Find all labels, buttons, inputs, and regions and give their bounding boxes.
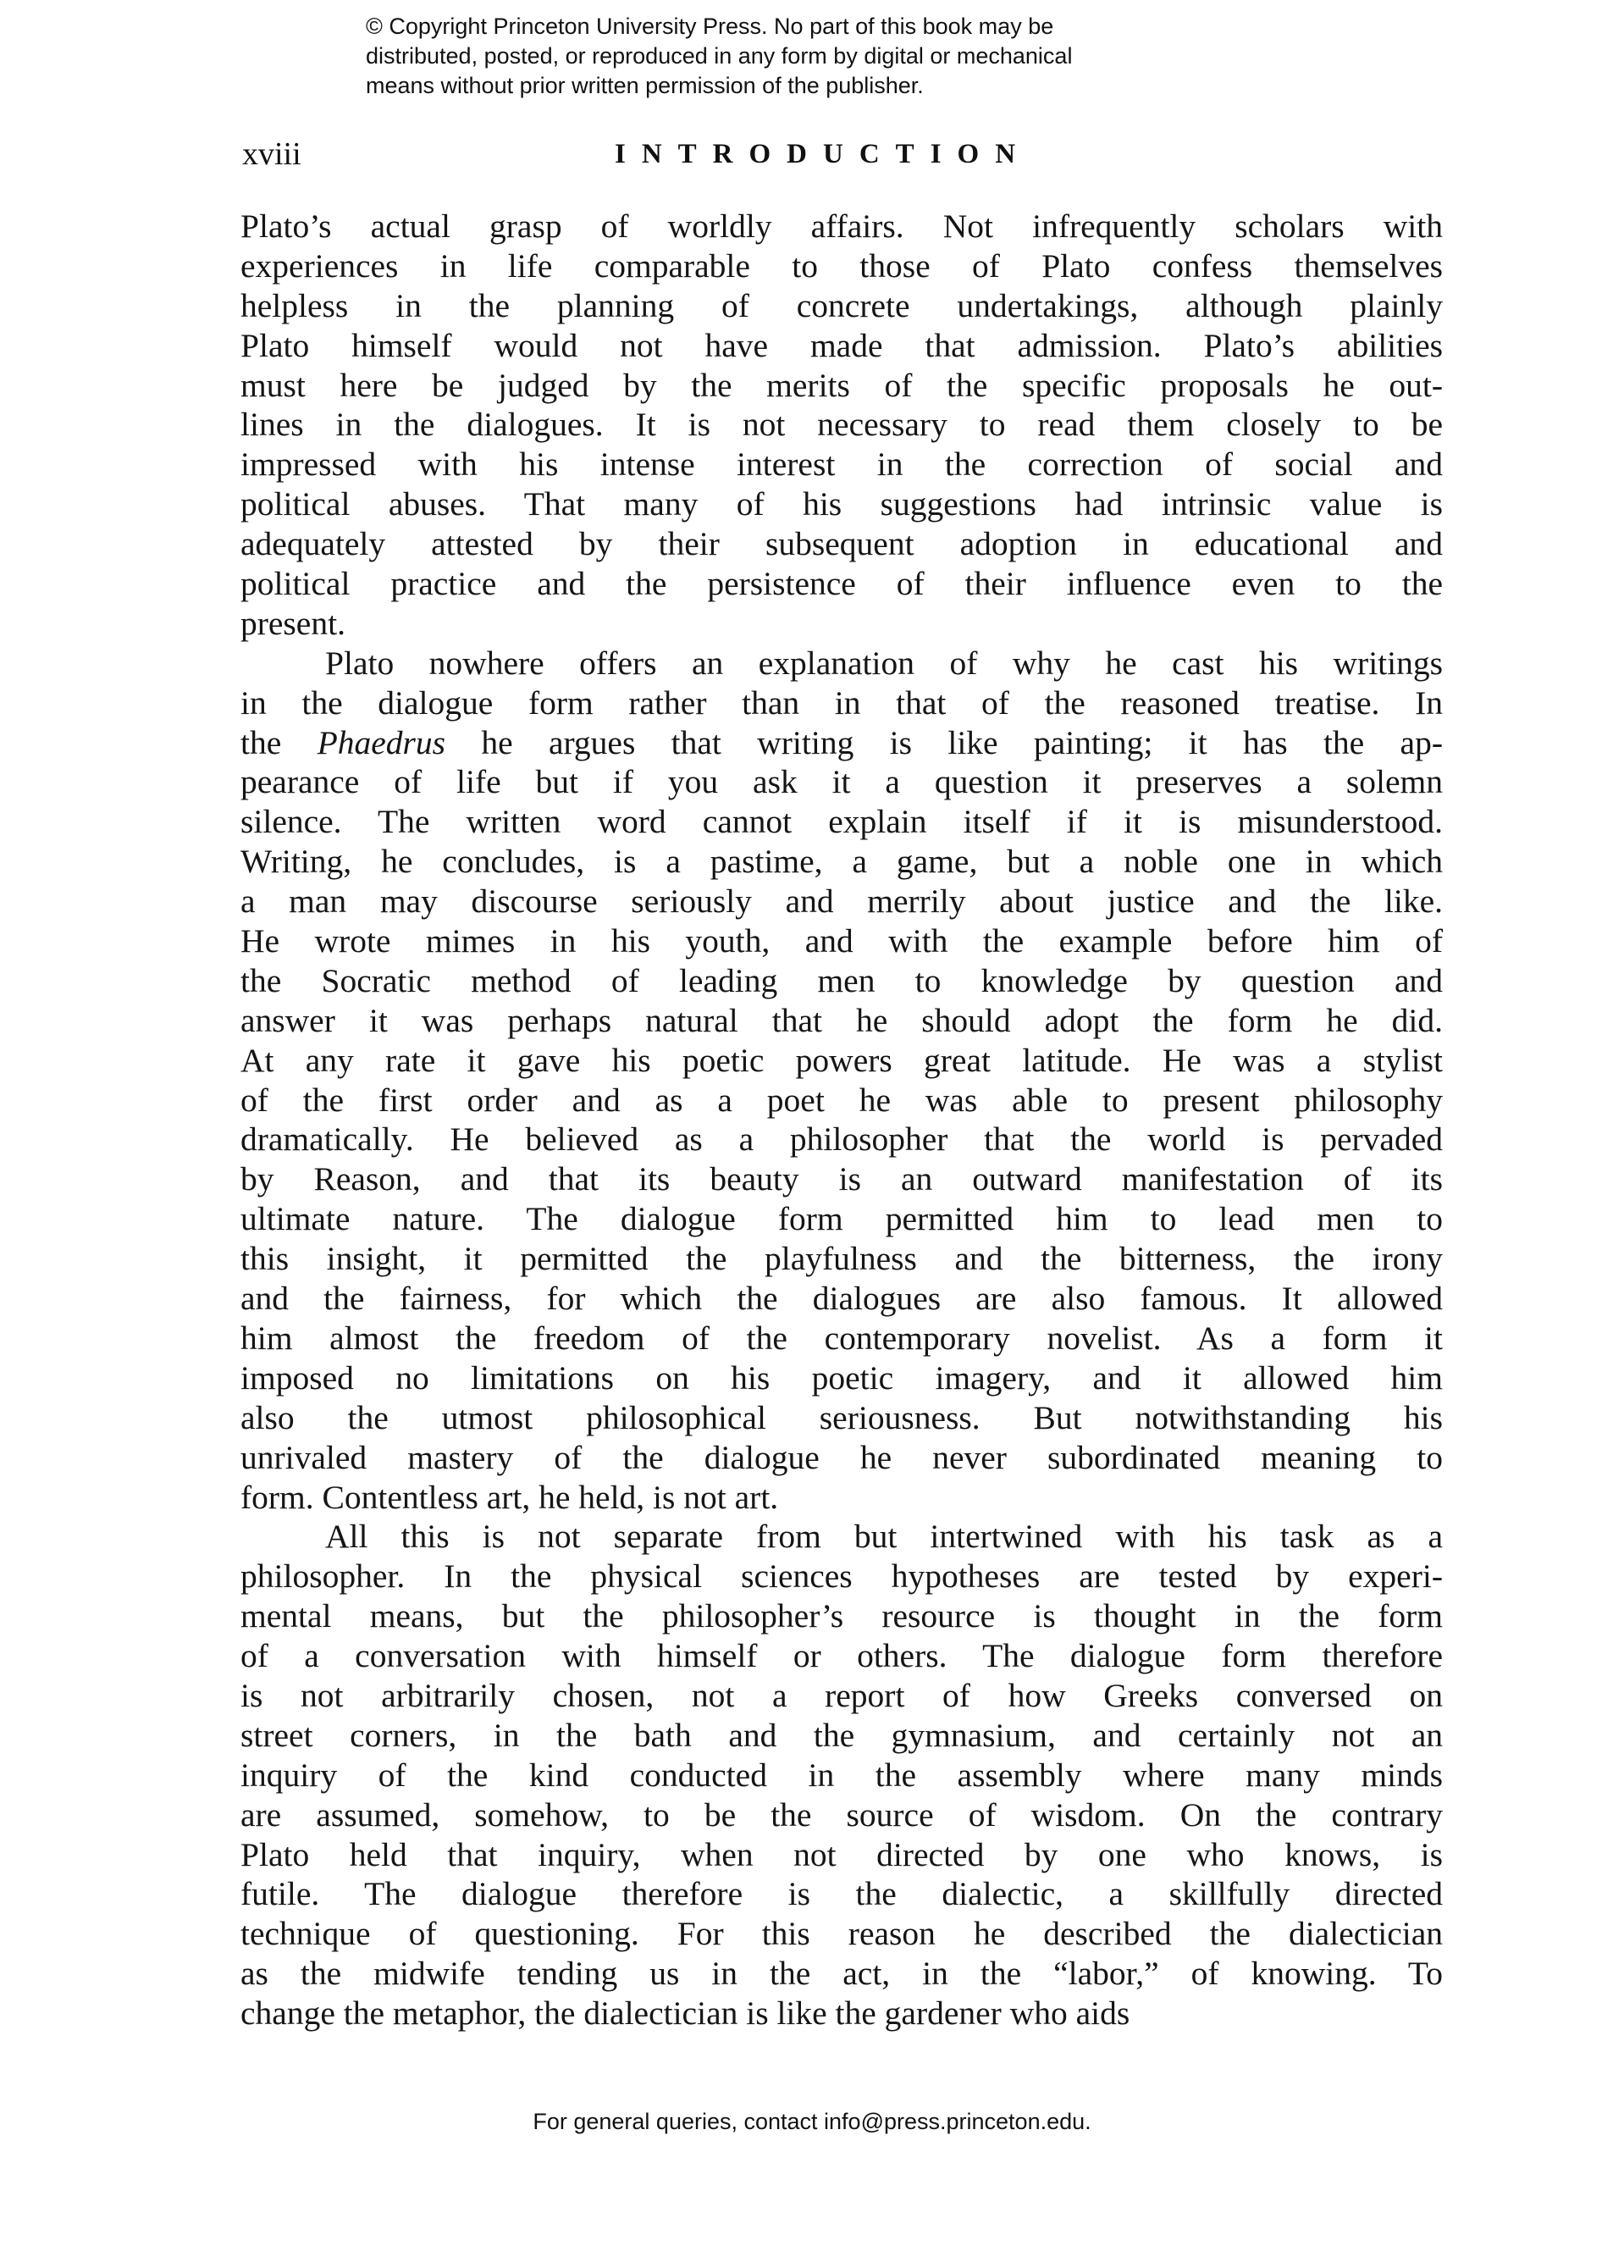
text-line: silence. The written word cannot explain…: [240, 802, 1443, 842]
page-number: xviii: [242, 136, 301, 173]
copyright-line: distributed, posted, or reproduced in an…: [366, 41, 1196, 71]
text-line: political abuses. That many of his sugge…: [240, 484, 1443, 524]
text-line: in the dialogue form rather than in that…: [240, 683, 1443, 723]
text-line: impressed with his intense interest in t…: [240, 445, 1443, 484]
paragraph: All this is not separate from but intert…: [240, 1517, 1443, 2033]
text-line: imposed no limitations on his poetic ima…: [240, 1358, 1443, 1398]
italic-title: Phaedrus: [318, 724, 445, 761]
text-line: experiences in life comparable to those …: [240, 246, 1443, 286]
text-line: mental means, but the philosopher’s reso…: [240, 1596, 1443, 1636]
body-text: Plato’s actual grasp of worldly affairs.…: [240, 207, 1443, 2033]
text-line: Writing, he concludes, is a pastime, a g…: [240, 842, 1443, 882]
text-line: as the midwife tending us in the act, in…: [240, 1954, 1443, 1994]
text-line: unrivaled mastery of the dialogue he nev…: [240, 1438, 1443, 1478]
text-line: are assumed, somehow, to be the source o…: [240, 1795, 1443, 1835]
copyright-line: means without prior written permission o…: [366, 71, 1196, 101]
copyright-line: © Copyright Princeton University Press. …: [366, 12, 1196, 41]
text-line: him almost the freedom of the contempora…: [240, 1319, 1443, 1358]
text-line: futile. The dialogue therefore is the di…: [240, 1874, 1443, 1914]
running-head: xviii INTRODUCTION: [242, 136, 1444, 178]
text-line: is not arbitrarily chosen, not a report …: [240, 1676, 1443, 1716]
text-line: technique of questioning. For this reaso…: [240, 1914, 1443, 1954]
text-line: adequately attested by their subsequent …: [240, 524, 1443, 564]
text-line: He wrote mimes in his youth, and with th…: [240, 921, 1443, 961]
text-line: philosopher. In the physical sciences hy…: [240, 1557, 1443, 1596]
text-line: by Reason, and that its beauty is an out…: [240, 1159, 1443, 1199]
text-line: form. Contentless art, he held, is not a…: [240, 1478, 1443, 1518]
text-line: must here be judged by the merits of the…: [240, 366, 1443, 406]
text-line: All this is not separate from but intert…: [240, 1517, 1443, 1557]
text-line: the Socratic method of leading men to kn…: [240, 961, 1443, 1001]
footer-contact: For general queries, contact info@press.…: [0, 2109, 1624, 2135]
text-line: this insight, it permitted the playfulne…: [240, 1239, 1443, 1279]
text-line: inquiry of the kind conducted in the ass…: [240, 1756, 1443, 1795]
paragraph: Plato’s actual grasp of worldly affairs.…: [240, 207, 1443, 644]
text-line: of a conversation with himself or others…: [240, 1636, 1443, 1676]
text-line: At any rate it gave his poetic powers gr…: [240, 1041, 1443, 1081]
text-line: also the utmost philosophical seriousnes…: [240, 1398, 1443, 1438]
text-line: helpless in the planning of concrete und…: [240, 286, 1443, 326]
paragraph: Plato nowhere offers an explanation of w…: [240, 644, 1443, 1518]
text-line: ultimate nature. The dialogue form permi…: [240, 1199, 1443, 1239]
text-line: and the fairness, for which the dialogue…: [240, 1279, 1443, 1319]
text-line: Plato himself would not have made that a…: [240, 326, 1443, 366]
section-title: INTRODUCTION: [615, 139, 1031, 170]
text-line: the Phaedrus he argues that writing is l…: [240, 723, 1443, 763]
text-line: street corners, in the bath and the gymn…: [240, 1716, 1443, 1756]
copyright-notice: © Copyright Princeton University Press. …: [366, 12, 1196, 101]
text-line: political practice and the persistence o…: [240, 564, 1443, 604]
text-line: change the metaphor, the dialectician is…: [240, 1994, 1443, 2033]
text-line: Plato nowhere offers an explanation of w…: [240, 644, 1443, 683]
text-line: Plato held that inquiry, when not direct…: [240, 1835, 1443, 1875]
text-line: Plato’s actual grasp of worldly affairs.…: [240, 207, 1443, 246]
text-line: a man may discourse seriously and merril…: [240, 882, 1443, 921]
text-line: of the first order and as a poet he was …: [240, 1081, 1443, 1120]
text-line: present.: [240, 604, 1443, 644]
text-line: answer it was perhaps natural that he sh…: [240, 1001, 1443, 1041]
text-line: pearance of life but if you ask it a que…: [240, 762, 1443, 802]
text-line: lines in the dialogues. It is not necess…: [240, 405, 1443, 445]
text-line: dramatically. He believed as a philosoph…: [240, 1120, 1443, 1159]
